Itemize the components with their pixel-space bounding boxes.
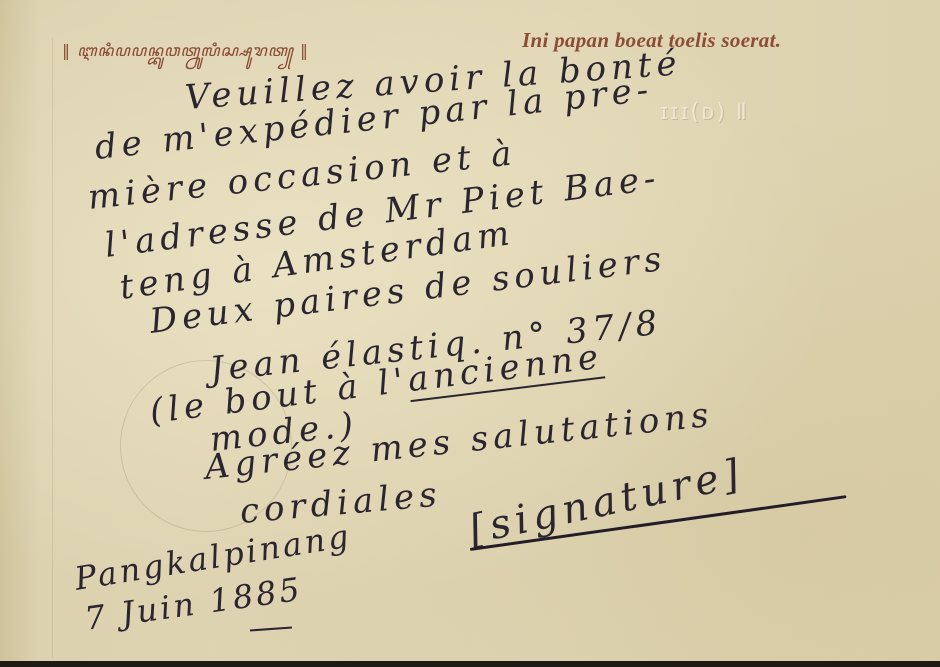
card-border-line [52, 38, 53, 658]
date-underline-dash [250, 627, 292, 632]
postcard: ‖ ꦆꦤꦶꦥꦥꦤ꧀ꦧꦸꦮꦠ꧀ꦤꦸꦭꦶꦱ꧀ꦱꦸꦫꦠ꧀ ‖ Ini papan bo… [0, 0, 940, 667]
printed-header-javanese: ‖ ꦆꦤꦶꦥꦥꦤ꧀ꦧꦸꦮꦠ꧀ꦤꦸꦭꦶꦱ꧀ꦱꦸꦫꦠ꧀ ‖ [62, 38, 309, 71]
embossed-stamp: ɪɪɪ(ᴅ) Ⅱ [660, 100, 749, 125]
signature: [signature] [465, 450, 748, 553]
